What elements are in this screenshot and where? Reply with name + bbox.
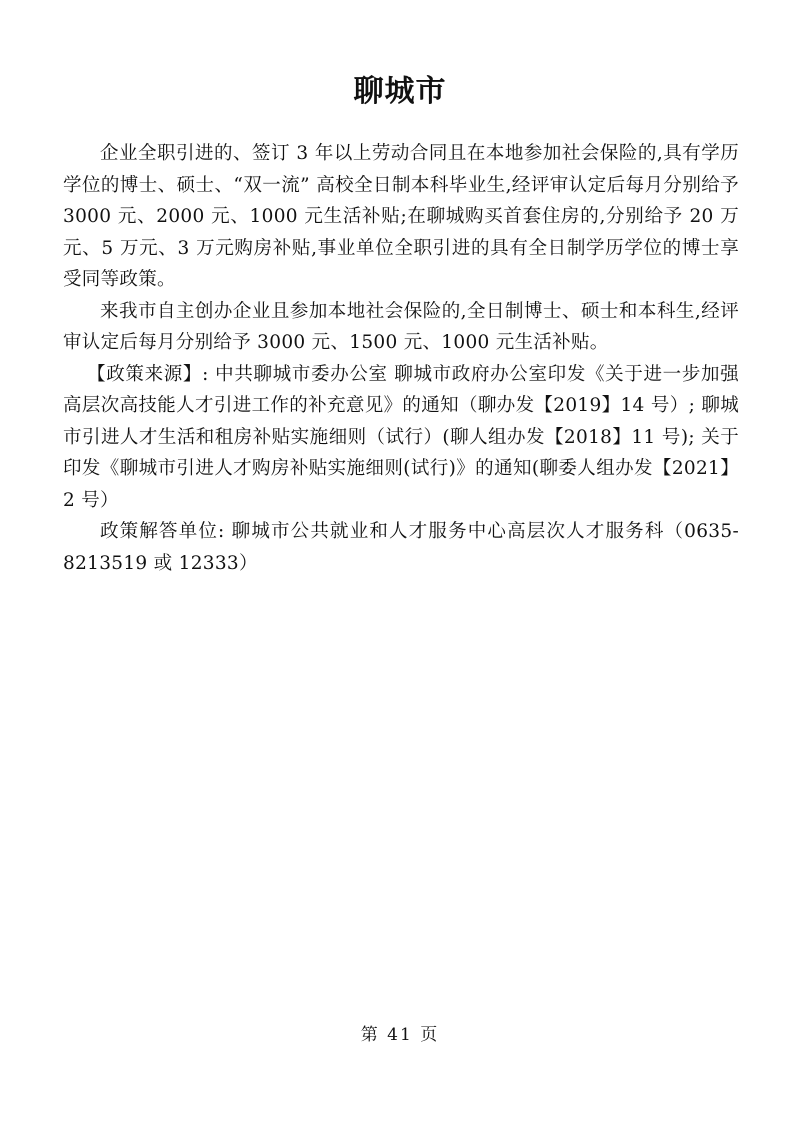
paragraph-policy-source: 【政策来源】: 中共聊城市委办公室 聊城市政府办公室印发《关于进一步加强高层次高… (63, 359, 739, 517)
page-number: 第 41 页 (0, 1020, 800, 1045)
page-title: 聊城市 (0, 66, 800, 110)
document-body: 企业全职引进的、签订 3 年以上劳动合同且在本地参加社会保险的,具有学历学位的博… (63, 138, 739, 579)
paragraph-entrepreneurship: 来我市自主创办企业且参加本地社会保险的,全日制博士、硕士和本科生,经评审认定后每… (63, 296, 739, 359)
paragraph-policy-contact: 政策解答单位: 聊城市公共就业和人才服务中心高层次人才服务科（0635-8213… (63, 516, 739, 579)
paragraph-enterprise-recruitment: 企业全职引进的、签订 3 年以上劳动合同且在本地参加社会保险的,具有学历学位的博… (63, 138, 739, 296)
document-page: 聊城市 企业全职引进的、签订 3 年以上劳动合同且在本地参加社会保险的,具有学历… (0, 0, 800, 1137)
